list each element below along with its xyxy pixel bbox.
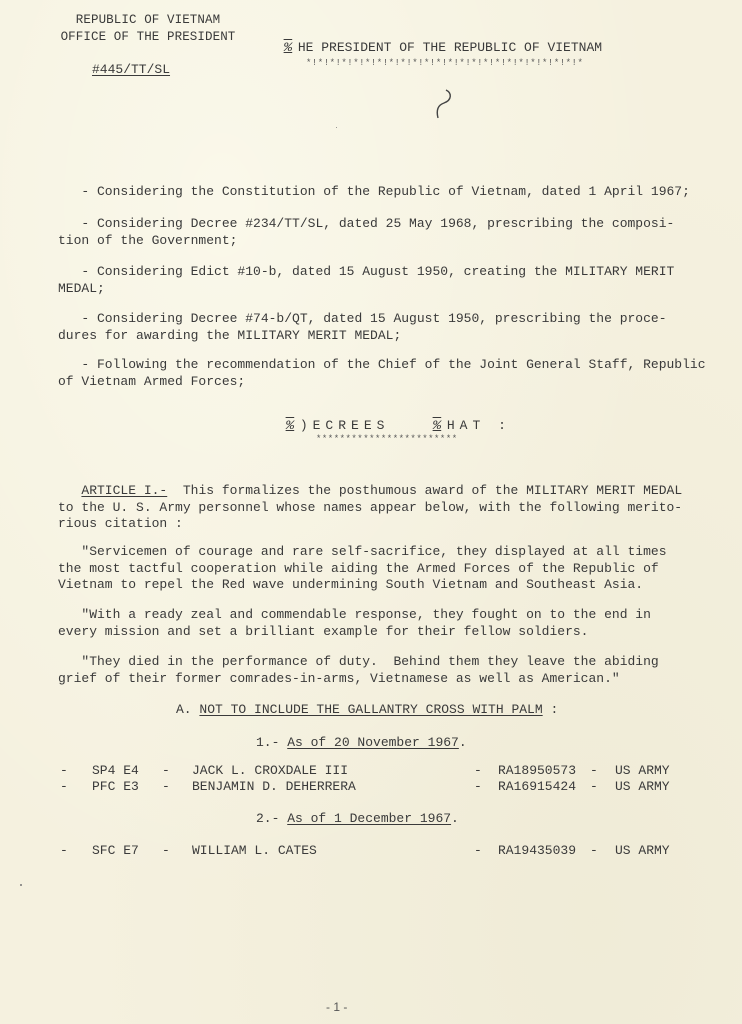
document-reference: #445/TT/SL bbox=[92, 62, 170, 77]
article-1: ARTICLE I.- This formalizes the posthumo… bbox=[58, 483, 718, 533]
consideration-3: - Considering Edict #10-b, dated 15 Augu… bbox=[58, 264, 718, 297]
separator: - bbox=[162, 843, 170, 858]
decrees-heading: %)ECREES %HAT : bbox=[286, 418, 511, 433]
paper-speck bbox=[336, 127, 337, 128]
personnel-rank: SFC E7 bbox=[92, 843, 139, 858]
personnel-row: - PFC E3 - BENJAMIN D. DEHERRERA - RA169… bbox=[60, 779, 680, 795]
personnel-row: - SFC E7 - WILLIAM L. CATES - RA19435039… bbox=[60, 843, 680, 859]
group-2-prefix: 2.- bbox=[256, 811, 287, 826]
section-a-suffix: : bbox=[543, 702, 559, 717]
citation-paragraph-3: "They died in the performance of duty. B… bbox=[58, 654, 718, 687]
consideration-5: - Following the recommendation of the Ch… bbox=[58, 357, 718, 390]
document-title: %HE PRESIDENT OF THE REPUBLIC OF VIETNAM bbox=[284, 40, 602, 55]
consideration-1: - Considering the Constitution of the Re… bbox=[58, 184, 718, 201]
group-2-suffix: . bbox=[451, 811, 459, 826]
personnel-name: WILLIAM L. CATES bbox=[192, 843, 317, 858]
personnel-unit: US ARMY bbox=[615, 763, 670, 778]
title-ornament: *!*!*!*!*!*!*!*!*!*!*!*!*!*!*!*!*!*!*!*!… bbox=[306, 58, 583, 68]
group-1-prefix: 1.- bbox=[256, 735, 287, 750]
personnel-rank: SP4 E4 bbox=[92, 763, 139, 778]
personnel-serial: RA19435039 bbox=[498, 843, 576, 858]
separator: - bbox=[60, 763, 68, 778]
personnel-serial: RA16915424 bbox=[498, 779, 576, 794]
group-2-date: As of 1 December 1967 bbox=[287, 811, 451, 826]
separator: - bbox=[474, 843, 482, 858]
separator: - bbox=[474, 763, 482, 778]
personnel-name: BENJAMIN D. DEHERRERA bbox=[192, 779, 356, 794]
citation-paragraph-1: "Servicemen of courage and rare self-sac… bbox=[58, 544, 718, 594]
decrees-glyph-2: % bbox=[433, 418, 442, 433]
personnel-name: JACK L. CROXDALE III bbox=[192, 763, 348, 778]
separator: - bbox=[162, 779, 170, 794]
separator: - bbox=[590, 843, 598, 858]
group-1-heading: 1.- As of 20 November 1967. bbox=[256, 735, 467, 750]
letterhead-line-2: OFFICE OF THE PRESIDENT bbox=[48, 29, 248, 46]
consideration-4: - Considering Decree #74-b/QT, dated 15 … bbox=[58, 311, 718, 344]
personnel-unit: US ARMY bbox=[615, 843, 670, 858]
article-1-label: ARTICLE I.- bbox=[81, 483, 167, 498]
personnel-serial: RA18950573 bbox=[498, 763, 576, 778]
personnel-row: - SP4 E4 - JACK L. CROXDALE III - RA1895… bbox=[60, 763, 680, 779]
separator: - bbox=[590, 763, 598, 778]
section-a-title: NOT TO INCLUDE THE GALLANTRY CROSS WITH … bbox=[199, 702, 542, 717]
group-1-suffix: . bbox=[459, 735, 467, 750]
document-page: REPUBLIC OF VIETNAM OFFICE OF THE PRESID… bbox=[0, 0, 742, 1024]
decrees-glyph-1: % bbox=[286, 418, 295, 433]
separator: - bbox=[590, 779, 598, 794]
section-a-prefix: A. bbox=[176, 702, 199, 717]
letterhead-issuer: REPUBLIC OF VIETNAM OFFICE OF THE PRESID… bbox=[48, 12, 248, 46]
title-initial-glyph: % bbox=[284, 40, 293, 55]
group-2-heading: 2.- As of 1 December 1967. bbox=[256, 811, 459, 826]
decrees-ornament: ************************ bbox=[316, 434, 458, 444]
separator: - bbox=[474, 779, 482, 794]
handwritten-mark-icon bbox=[432, 88, 456, 122]
decrees-word-1: )ECREES bbox=[300, 418, 390, 433]
citation-paragraph-2: "With a ready zeal and commendable respo… bbox=[58, 607, 718, 640]
separator: - bbox=[60, 843, 68, 858]
separator: - bbox=[60, 779, 68, 794]
page-number: - 1 - bbox=[326, 1000, 347, 1014]
separator: - bbox=[162, 763, 170, 778]
title-text: HE PRESIDENT OF THE REPUBLIC OF VIETNAM bbox=[298, 40, 602, 55]
personnel-rank: PFC E3 bbox=[92, 779, 139, 794]
personnel-unit: US ARMY bbox=[615, 779, 670, 794]
decrees-word-2: HAT : bbox=[447, 418, 511, 433]
letterhead-line-1: REPUBLIC OF VIETNAM bbox=[48, 12, 248, 29]
section-a-heading: A. NOT TO INCLUDE THE GALLANTRY CROSS WI… bbox=[176, 702, 558, 717]
group-1-date: As of 20 November 1967 bbox=[287, 735, 459, 750]
consideration-2: - Considering Decree #234/TT/SL, dated 2… bbox=[58, 216, 718, 249]
paper-speck bbox=[20, 884, 22, 886]
